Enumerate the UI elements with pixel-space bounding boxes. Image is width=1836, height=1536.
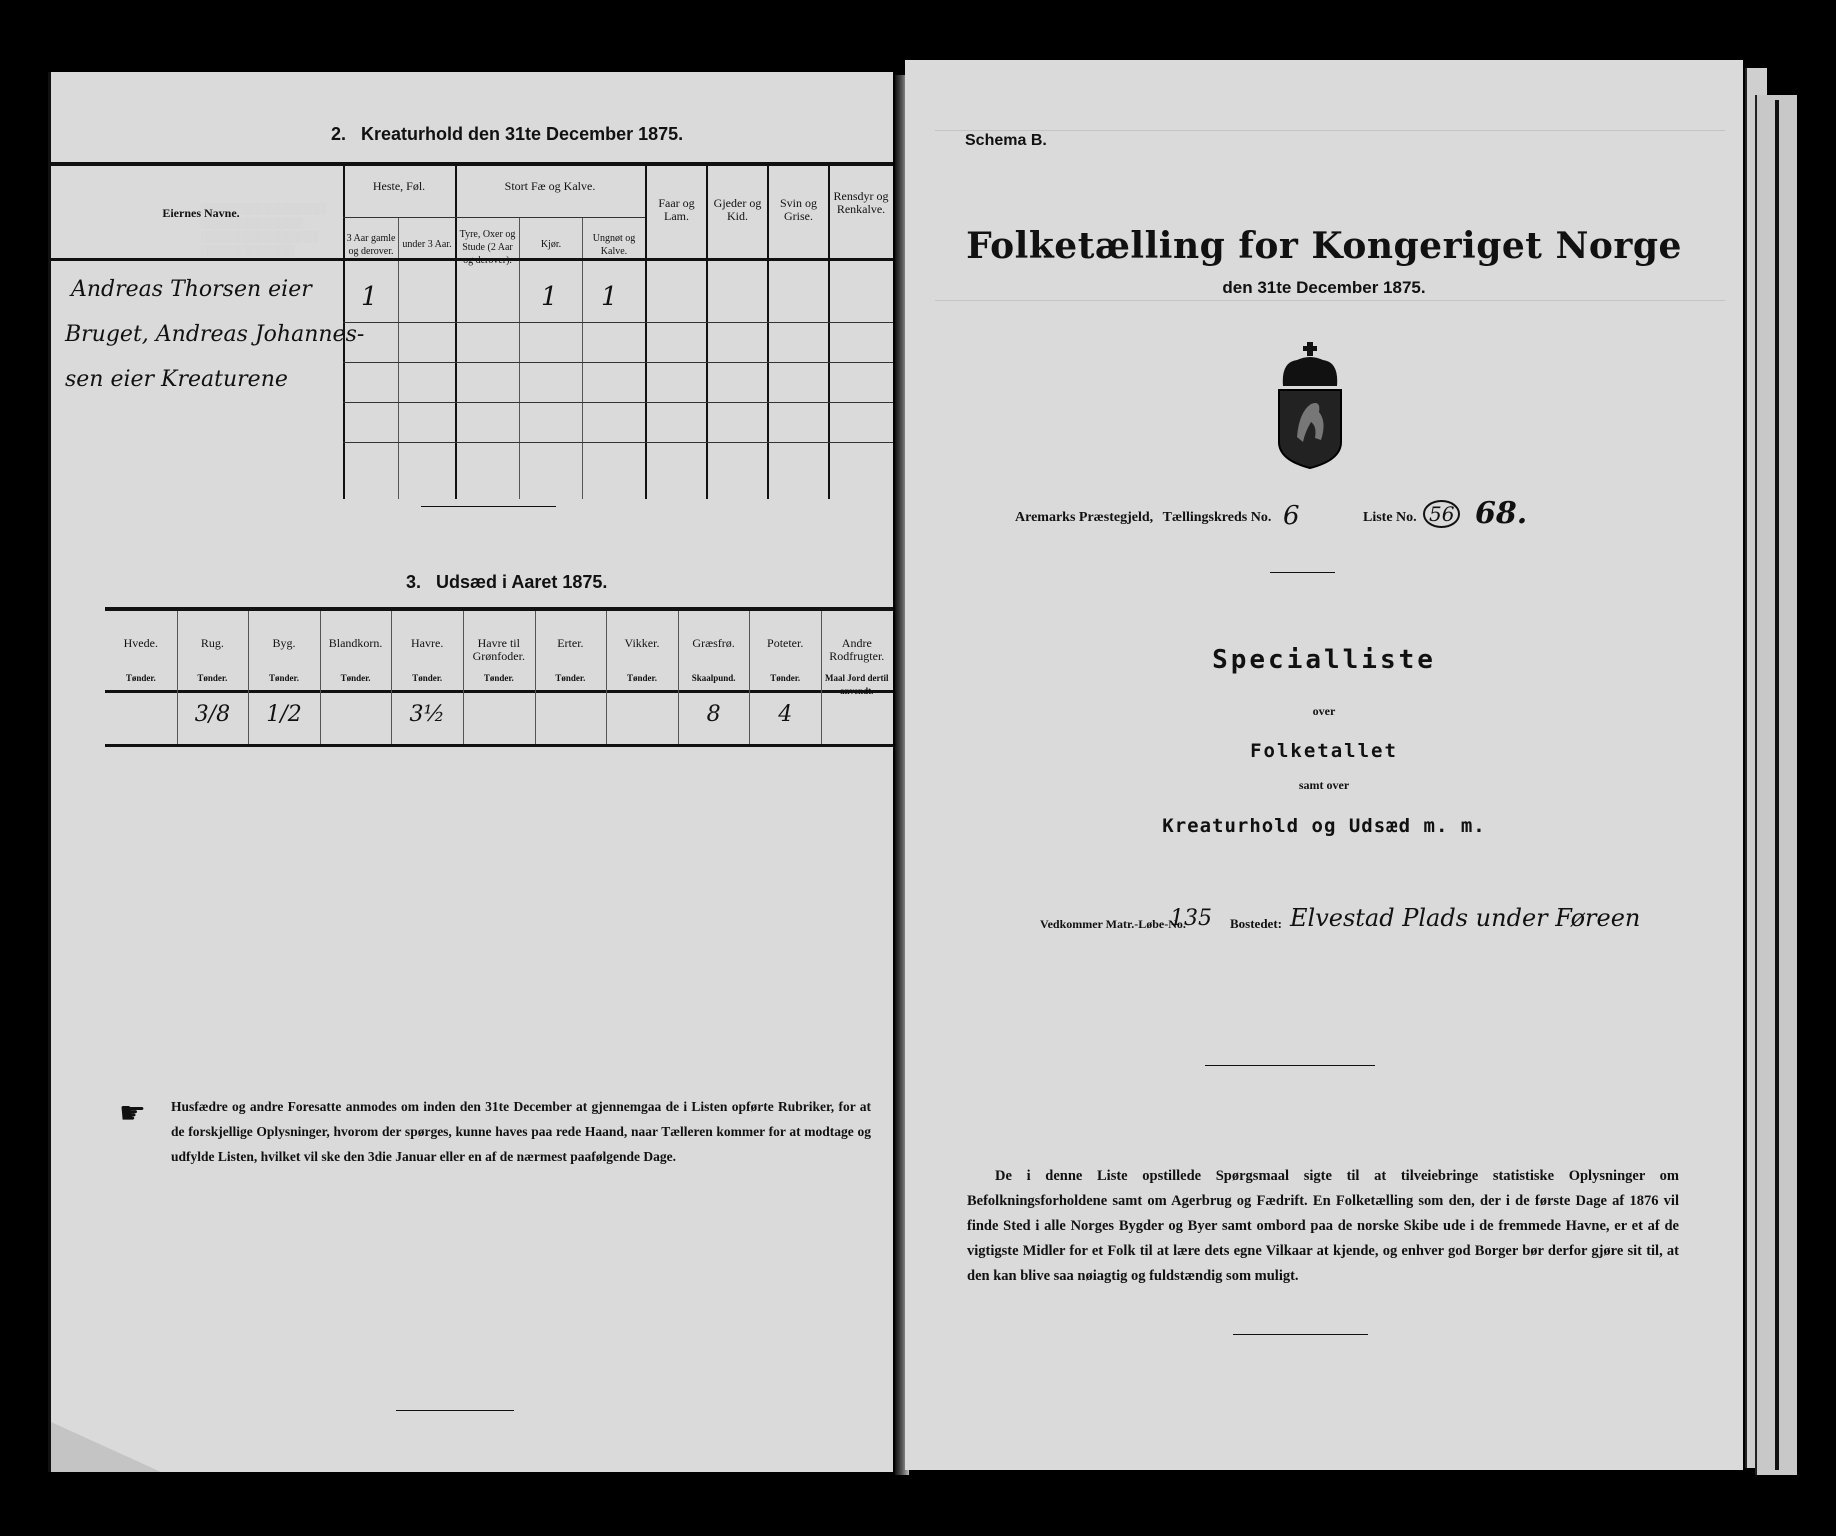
- seed-cell: 4: [749, 702, 821, 727]
- row-rule: [343, 362, 893, 363]
- seed-col-header: Poteter.: [749, 637, 821, 650]
- matr-value: 135: [1170, 906, 1212, 931]
- seed-col-unit: Tønder.: [248, 672, 320, 685]
- census-title: Folketælling for Kongeriget Norge: [905, 225, 1743, 267]
- short-divider: [396, 1410, 514, 1411]
- seed-col-header: Havre.: [391, 637, 463, 650]
- seed-col-unit: Tønder.: [391, 672, 463, 685]
- prestegjeld-label: Aremarks Præstegjeld,: [1015, 510, 1153, 525]
- right-page: Schema B. Folketælling for Kongeriget No…: [905, 60, 1743, 1470]
- col-header: Kjør.: [520, 238, 582, 251]
- notice-text: Husfædre og andre Foresatte anmodes om i…: [171, 1094, 871, 1169]
- col-divider: [455, 164, 457, 499]
- bosted-value: Elvestad Plads under Føreen: [1290, 904, 1640, 932]
- seed-col-header: Vikker.: [606, 637, 678, 650]
- cell-young-cattle: 1: [601, 282, 618, 312]
- kreds-value: 6: [1283, 501, 1300, 531]
- seed-col-unit: Tønder.: [105, 672, 177, 685]
- seed-col-unit: Tønder.: [535, 672, 607, 685]
- seed-col-header: Byg.: [248, 637, 320, 650]
- seed-col-unit: Tønder.: [606, 672, 678, 685]
- col-header: Faar og Lam.: [647, 197, 706, 223]
- schema-label: Schema B.: [965, 132, 1047, 150]
- norway-coat-of-arms-icon: [1275, 342, 1345, 472]
- bosted-label: Bostedet:: [1230, 916, 1282, 932]
- short-divider: [421, 506, 556, 507]
- liste-old-value-circled: 56: [1423, 500, 1460, 528]
- seed-cell: 3/8: [177, 702, 249, 727]
- owner-name-line: Bruget, Andreas Johannes-: [65, 322, 364, 347]
- ghost-rule: [935, 300, 1725, 301]
- seed-col-header: Græsfrø.: [678, 637, 750, 650]
- ghost-rule: [935, 130, 1725, 131]
- col-header: Rensdyr og Renkalve.: [829, 190, 893, 216]
- seed-col-header: Havre til Grønfoder.: [463, 637, 535, 663]
- seed-col-unit: Maal Jord dertil anvendt.: [821, 672, 893, 698]
- seed-col-header: Blandkorn.: [320, 637, 392, 650]
- section3-title: 3. Udsæd i Aaret 1875.: [406, 572, 607, 593]
- group-rule: [343, 217, 645, 218]
- seed-col-header: Andre Rodfrugter.: [821, 637, 893, 663]
- seed-col-unit: Tønder.: [749, 672, 821, 685]
- intro-paragraph: De i denne Liste opstillede Spørgsmaal s…: [967, 1164, 1679, 1289]
- seed-col-header: Erter.: [535, 637, 607, 650]
- left-page: ░░░░░░░░░░░░░░░░░░░░░░░░░░░░░░░░░░░░░░░░…: [48, 72, 893, 1472]
- col-header: Ungnøt og Kalve.: [583, 232, 645, 258]
- census-date: den 31te December 1875.: [905, 278, 1743, 298]
- folketallet-heading: Folketallet: [905, 740, 1743, 762]
- row-rule: [343, 402, 893, 403]
- over-text: over: [905, 704, 1743, 719]
- pointing-hand-icon: ☛: [119, 1099, 146, 1129]
- short-divider: [1270, 572, 1335, 573]
- seed-col-unit: Tønder.: [320, 672, 392, 685]
- kreds-label: Tællingskreds No.: [1163, 510, 1272, 525]
- seed-col-unit: Tønder.: [463, 672, 535, 685]
- liste-label: Liste No.: [1363, 510, 1417, 526]
- bleed-through-text: ░░░░░░░░░░░░░░░░░░░░░░░░░░░░░░░░░░░░░░░░…: [201, 202, 421, 902]
- col-header: Svin og Grise.: [769, 197, 828, 223]
- district-line: Aremarks Præstegjeld, Tællingskreds No.: [1015, 510, 1271, 526]
- seed-cell: 1/2: [248, 702, 320, 727]
- col-header: 3 Aar gamle og derover.: [344, 232, 398, 258]
- short-divider: [1233, 1334, 1368, 1335]
- header-rule: [51, 258, 893, 261]
- liste-value: 68.: [1475, 496, 1527, 531]
- folded-corner: [51, 1422, 161, 1472]
- table-rule: [105, 607, 893, 611]
- row-rule: [343, 442, 893, 443]
- seed-col-unit: Tønder.: [177, 672, 249, 685]
- row-rule: [343, 322, 893, 323]
- cell-horses-3plus: 1: [361, 282, 378, 312]
- matr-label: Vedkommer Matr.-Løbe-No.: [1040, 917, 1186, 932]
- owner-name-line: Andreas Thorsen eier: [71, 277, 312, 302]
- col-header: Tyre, Oxer og Stude (2 Aar og derover).: [456, 228, 519, 267]
- horses-group-header: Heste, Føl.: [343, 180, 455, 193]
- header-rule: [105, 690, 893, 693]
- cattle-group-header: Stort Fæ og Kalve.: [455, 180, 645, 193]
- seed-cell: 8: [678, 702, 750, 727]
- bottom-rule: [105, 744, 893, 747]
- cell-cows: 1: [541, 282, 558, 312]
- specialliste-heading: Specialliste: [905, 645, 1743, 675]
- kreaturhold-heading: Kreaturhold og Udsæd m. m.: [905, 815, 1743, 837]
- samt-over-text: samt over: [905, 778, 1743, 793]
- seed-col-header: Hvede.: [105, 637, 177, 650]
- section2-title: 2. Kreaturhold den 31te December 1875.: [331, 124, 683, 145]
- owner-name-line: sen eier Kreaturene: [65, 367, 288, 392]
- page-crack: [1775, 100, 1779, 1470]
- seed-col-header: Rug.: [177, 637, 249, 650]
- col-header: under 3 Aar.: [399, 238, 455, 251]
- seed-cell: 3½: [391, 702, 463, 727]
- col-header: Gjeder og Kid.: [708, 197, 767, 223]
- owner-names-header: Eiernes Navne.: [61, 207, 341, 220]
- short-divider: [1205, 1065, 1375, 1066]
- seed-col-unit: Skaalpund.: [678, 672, 750, 685]
